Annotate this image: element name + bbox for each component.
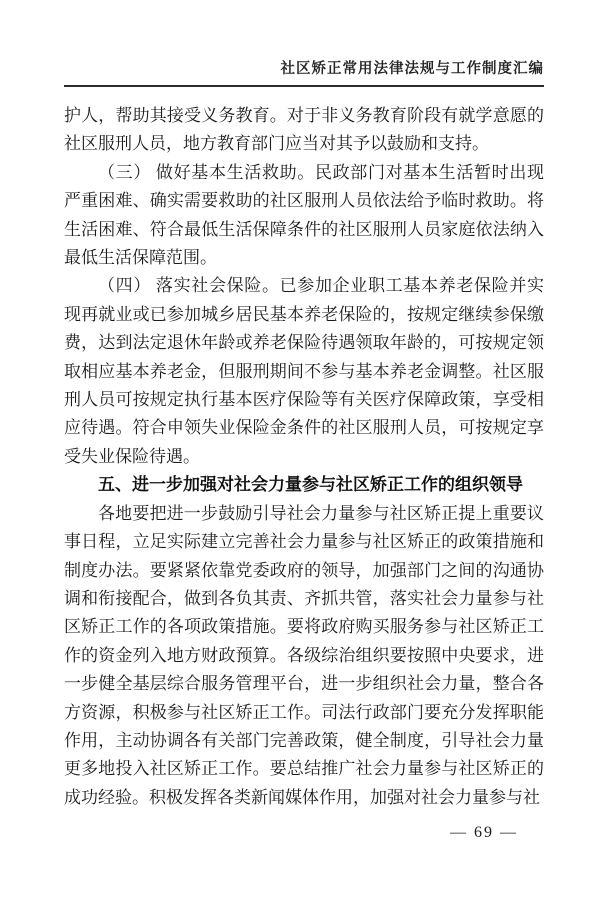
document-page: 社区矫正常用法律法规与工作制度汇编 护人，帮助其接受义务教育。对于非义务教育阶段… — [0, 0, 600, 900]
page-body: 护人，帮助其接受义务教育。对于非义务教育阶段有就学意愿的社区服刑人员，地方教育部… — [64, 102, 544, 812]
paragraph-item-4: （四） 落实社会保险。已参加企业职工基本养老保险并实现再就业或已参加城乡居民基本… — [64, 272, 544, 471]
running-header-title: 社区矫正常用法律法规与工作制度汇编 — [64, 58, 544, 80]
paragraph-section-body: 各地要把进一步鼓励引导社会力量参与社区矫正提上重要议事日程，立足实际建立完善社会… — [64, 500, 544, 812]
paragraph-item-3: （三） 做好基本生活救助。民政部门对基本生活暂时出现严重困难、确实需要救助的社区… — [64, 159, 544, 273]
page-number: — 69 — — [450, 824, 518, 841]
paragraph-continuation: 护人，帮助其接受义务教育。对于非义务教育阶段有就学意愿的社区服刑人员，地方教育部… — [64, 102, 544, 159]
section-heading: 五、进一步加强对社会力量参与社区矫正工作的组织领导 — [64, 471, 544, 499]
page-footer: — 69 — — [64, 824, 544, 842]
header-divider — [64, 85, 544, 87]
page-header: 社区矫正常用法律法规与工作制度汇编 — [64, 58, 544, 87]
